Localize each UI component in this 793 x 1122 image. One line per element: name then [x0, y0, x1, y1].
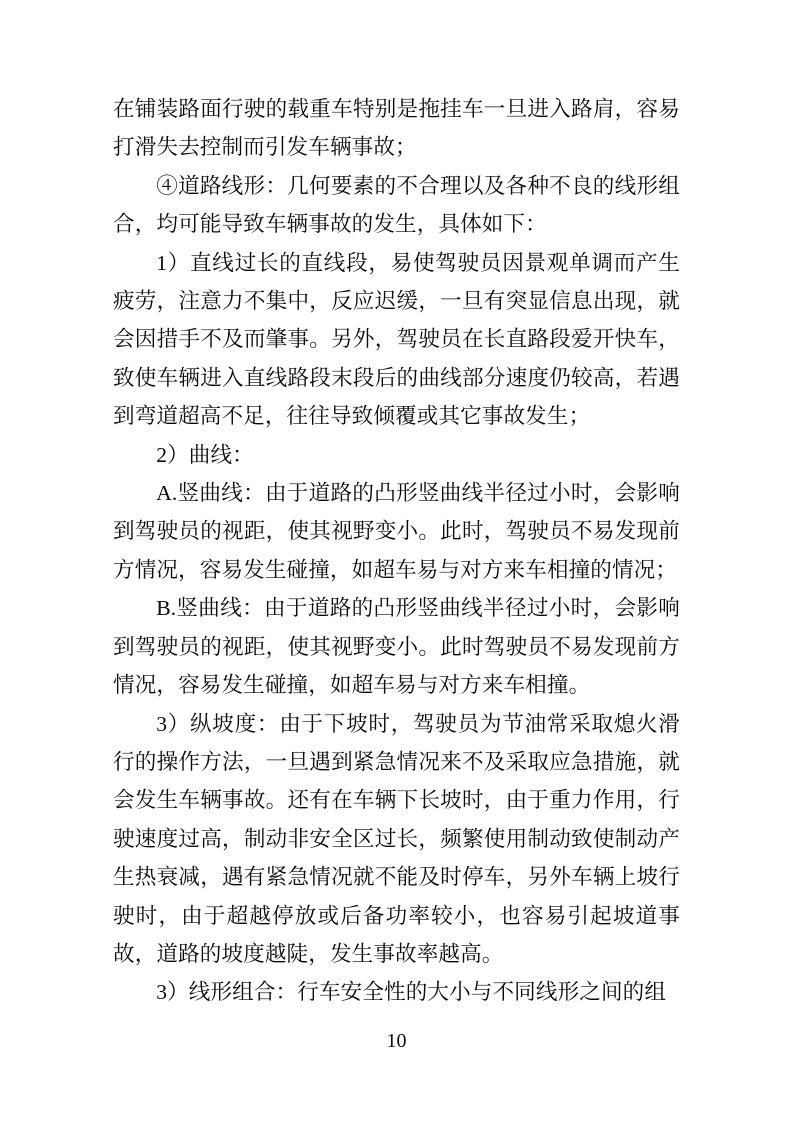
paragraph: 在铺装路面行驶的载重车特别是拖挂车一旦进入路肩，容易打滑失去控制而引发车辆事故； [113, 90, 680, 167]
paragraph: 1）直线过长的直线段，易使驾驶员因景观单调而产生疲劳，注意力不集中，反应迟缓，一… [113, 244, 680, 436]
page-footer: 10 [0, 1026, 793, 1056]
document-page: 在铺装路面行驶的载重车特别是拖挂车一旦进入路肩，容易打滑失去控制而引发车辆事故；… [0, 0, 793, 1122]
paragraph: 2）曲线： [113, 436, 680, 474]
paragraph: B.竖曲线：由于道路的凸形竖曲线半径过小时，会影响到驾驶员的视距，使其视野变小。… [113, 589, 680, 704]
paragraph: ④道路线形：几何要素的不合理以及各种不良的线形组合，均可能导致车辆事故的发生，具… [113, 167, 680, 244]
page-number: 10 [387, 1030, 407, 1052]
paragraph: A.竖曲线：由于道路的凸形竖曲线半径过小时，会影响到驾驶员的视距，使其视野变小。… [113, 474, 680, 589]
text-block: 在铺装路面行驶的载重车特别是拖挂车一旦进入路肩，容易打滑失去控制而引发车辆事故；… [113, 90, 680, 1012]
paragraph: 3）线形组合：行车安全性的大小与不同线形之间的组 [113, 973, 680, 1011]
paragraph: 3）纵坡度：由于下坡时，驾驶员为节油常采取熄火滑行的操作方法，一旦遇到紧急情况来… [113, 705, 680, 974]
